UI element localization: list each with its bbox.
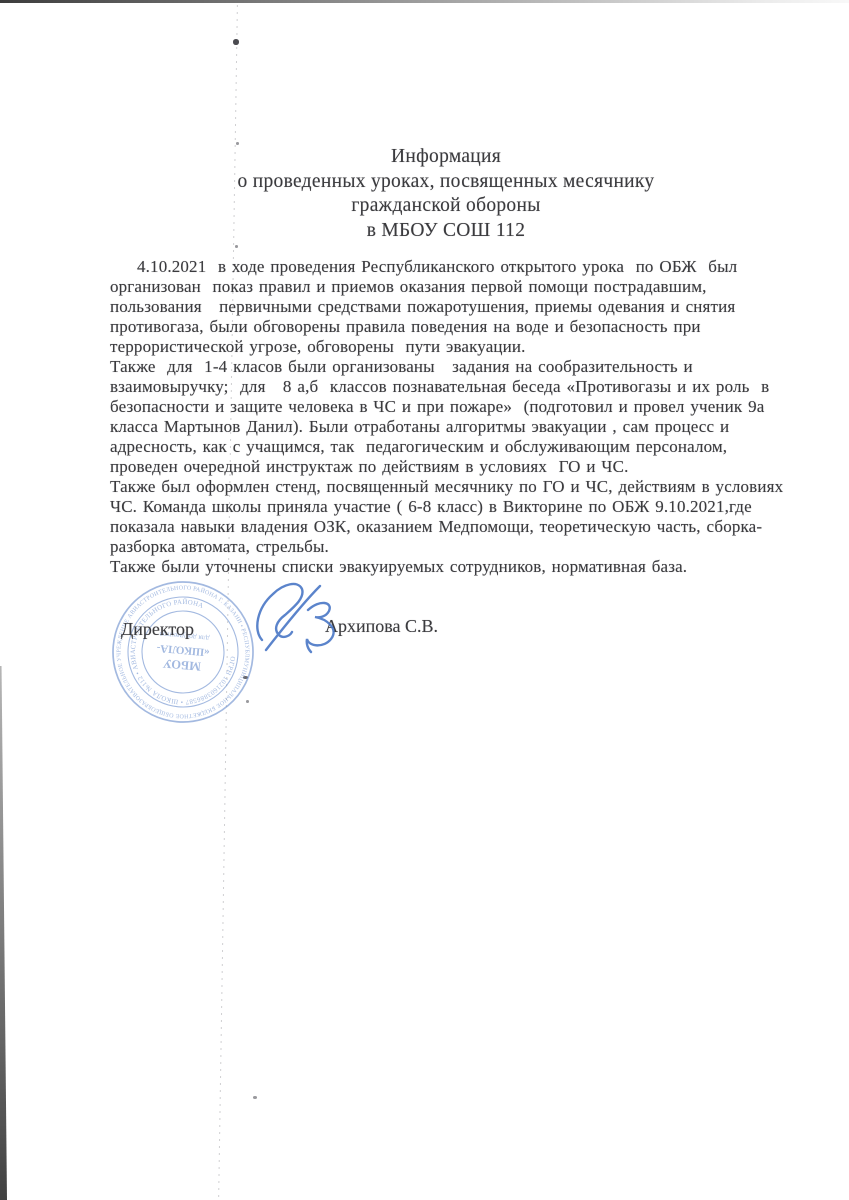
signature-stroke-tail (307, 603, 334, 652)
body-line: организован показ правил и приемов оказа… (110, 277, 849, 297)
title-line-1: Информация (200, 145, 692, 170)
body-line: террористической угрозе, обговорены пути… (110, 337, 849, 357)
scan-speck (235, 245, 238, 248)
title-line-3: гражданской обороны (200, 194, 692, 219)
body-line: взаимовыручку; для 8 а,б классов познава… (110, 377, 849, 397)
body-line: адресность, как с учащимся, так педагоги… (110, 437, 849, 457)
body-line: показала навыки владения ОЗК, оказанием … (110, 517, 849, 537)
body-line: безопасности и защите человека в ЧС и пр… (110, 397, 849, 417)
scan-edge-left (0, 666, 7, 1200)
director-role-label: Директор (121, 619, 194, 640)
scanned-document-page: Информация о проведенных уроках, посвяще… (0, 0, 849, 1200)
scan-speck (233, 39, 239, 45)
school-round-stamp: МУНИЦИПАЛЬНОЕ БЮДЖЕТНОЕ ОБЩЕОБРАЗОВАТЕЛЬ… (108, 577, 258, 727)
body-line: класса Мартынов Данил). Были отработаны … (110, 417, 849, 437)
director-signature (240, 570, 352, 672)
body-line: пользования первичными средствами пожаро… (110, 297, 849, 317)
title-line-4: в МБОУ СОШ 112 (200, 219, 692, 244)
stamp-center-line-1: МБОУ (162, 656, 201, 673)
body-line: 4.10.2021 в ходе проведения Республиканс… (110, 257, 849, 277)
body-line: противогаза, были обговорены правила пов… (110, 317, 849, 337)
signature-stroke-cross (266, 586, 320, 650)
title-line-2: о проведенных уроках, посвященных месячн… (200, 170, 692, 195)
body-line: проведен очередной инструктаж по действи… (110, 457, 849, 477)
stamp-center-line-2: «ШКОЛА- (156, 642, 210, 659)
body-line: ЧС. Команда школы приняла участие ( 6-8 … (110, 497, 849, 517)
document-body: 4.10.2021 в ходе проведения Республиканс… (110, 257, 849, 577)
scan-speck (253, 1096, 257, 1099)
body-line: Также для 1-4 класов были организованы з… (110, 357, 849, 377)
scan-edge-top (0, 0, 849, 3)
document-title: Информация о проведенных уроках, посвяще… (200, 145, 692, 243)
body-line: Также были уточнены списки эвакуируемых … (110, 557, 849, 577)
body-line: Также был оформлен стенд, посвященный ме… (110, 477, 849, 497)
body-line: разборка автомата, стрельбы. (110, 537, 849, 557)
